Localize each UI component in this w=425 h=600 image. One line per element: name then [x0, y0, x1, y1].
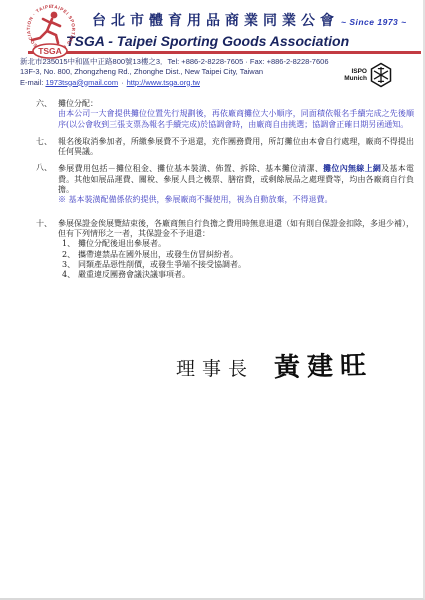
section-7: 七、 報名後取消參加者，所繳參展費不予退還，充作團務費用，所訂攤位由本會自行處理…	[36, 137, 414, 158]
document-page: TAIPEI SPORTING GOODS ASSOCIATION · TAIP…	[0, 0, 425, 600]
item-number: 4、	[62, 270, 78, 280]
ispo-line1: ISPO	[344, 68, 367, 75]
runner-icon	[32, 12, 60, 43]
signature-block: 理事長 黃建旺	[176, 346, 373, 383]
list-item: 1、 攤位分配後退出參展者。	[62, 239, 414, 249]
email-label: E-mail:	[20, 78, 43, 87]
red-divider	[28, 51, 421, 54]
section-number: 六、	[36, 99, 58, 130]
tsga-logo: TAIPEI SPORTING GOODS ASSOCIATION · TAIP…	[17, 2, 85, 60]
email-link[interactable]: 1973tsga@gmail.com	[45, 78, 118, 87]
section-body-text: 由本公司一大會提供攤位位置先行規劃後，再依廠商攤位大小順序，同面積依報名手續完成…	[58, 109, 414, 130]
note-text: ※ 基本裝潢配備係依約提供，參展廠商不擬使用，視為自動放棄，不得退費。	[58, 195, 414, 205]
wifi-highlight-text: 攤位內無線上網	[323, 163, 381, 173]
section-body-text: 參展費用包括－攤位租金、攤位基本裝潢、佈置、拆除、基本攤位清潔、攤位內無線上網及…	[58, 163, 414, 195]
section-8: 八、 參展費用包括－攤位租金、攤位基本裝潢、佈置、拆除、基本攤位清潔、攤位內無線…	[36, 163, 414, 205]
tsga-banner: TSGA	[33, 44, 67, 58]
list-item: 4、 嚴重違反團務會議決議事項者。	[62, 270, 414, 280]
link-separator: ·	[118, 78, 127, 87]
logo-acronym: TSGA	[38, 46, 62, 56]
item-text: 攤位分配後退出參展者。	[78, 239, 166, 249]
ispo-label: ISPO Munich	[344, 68, 367, 82]
item-number: 2、	[62, 250, 78, 260]
chairman-signature: 黃建旺	[274, 345, 374, 385]
fee-text-part1: 參展費用包括－攤位租金、攤位基本裝潢、佈置、拆除、基本攤位清潔、	[58, 164, 323, 173]
ispo-line2: Munich	[344, 75, 367, 82]
since-label: ~ Since 1973 ~	[341, 17, 407, 27]
section-number: 十、	[36, 219, 58, 281]
section-body-text: 報名後取消參加者，所繳參展費不予退還，充作團務費用，所訂攤位由本會自行處理，廠商…	[58, 137, 414, 158]
item-text: 嚴重違反團務會議決議事項者。	[78, 270, 190, 280]
section-number: 七、	[36, 137, 58, 158]
item-text: 攜帶違禁品在國外展出，或發生仿冒糾紛者。	[78, 250, 238, 260]
document-body: 六、 攤位分配： 由本公司一大會提供攤位位置先行規劃後，再依廠商攤位大小順序，同…	[36, 99, 414, 280]
item-number: 3、	[62, 260, 78, 270]
forfeit-conditions-list: 1、 攤位分配後退出參展者。 2、 攜帶違禁品在國外展出，或發生仿冒糾紛者。 3…	[62, 239, 414, 280]
section-6: 六、 攤位分配： 由本公司一大會提供攤位位置先行規劃後，再依廠商攤位大小順序，同…	[36, 99, 414, 130]
section-number: 八、	[36, 163, 58, 205]
header-title-row: 台北市體育用品商業同業公會~ Since 1973 ~	[92, 10, 417, 30]
section-10: 十、 參展保證金俟展覽結束後，各廠商無自行負擔之費用時無息退還（如有則自保證金扣…	[36, 219, 414, 281]
item-text: 同類產品惡性削價，或發生爭端不接受協調者。	[78, 260, 246, 270]
list-item: 2、 攜帶違禁品在國外展出，或發生仿冒糾紛者。	[62, 250, 414, 260]
org-name-zh: 台北市體育用品商業同業公會	[92, 13, 339, 29]
chairman-title: 理事長	[176, 354, 254, 381]
ispo-logo: ISPO Munich	[344, 62, 393, 88]
list-item: 3、 同類產品惡性削價，或發生爭端不接受協調者。	[62, 260, 414, 270]
org-name-en: TSGA - Taipei Sporting Goods Association	[66, 33, 419, 49]
section-body-text: 參展保證金俟展覽結束後，各廠商無自行負擔之費用時無息退還（如有則自保證金扣除，多…	[58, 219, 414, 240]
item-number: 1、	[62, 239, 78, 249]
ispo-hexagon-icon	[369, 62, 393, 88]
section-heading: 攤位分配：	[58, 99, 414, 109]
website-link[interactable]: http://www.tsga.org.tw	[127, 78, 200, 87]
